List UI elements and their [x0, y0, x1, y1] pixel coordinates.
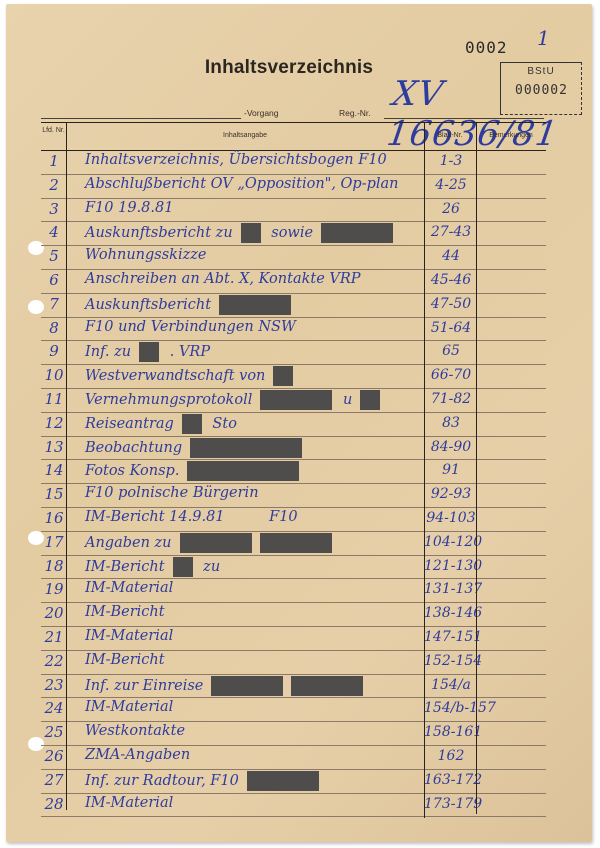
row-content: Reiseantrag Sto — [85, 414, 237, 434]
row-number: 9 — [43, 342, 65, 360]
row-content: Wohnungsskizze — [85, 247, 206, 263]
redaction-block — [182, 414, 202, 434]
row-number: 15 — [43, 485, 65, 503]
redaction-block — [291, 676, 363, 696]
row-text: Inf. zur Einreise — [85, 678, 203, 694]
row-content: F10 19.8.81 — [85, 200, 173, 216]
row-text-suffix: . VRP — [165, 344, 210, 360]
row-number: 28 — [43, 795, 65, 813]
redaction-block — [273, 366, 293, 386]
table-row: 12Reiseantrag Sto83 — [41, 412, 546, 437]
row-text: F10 polnische Bürgerin — [85, 485, 259, 501]
redaction-block — [187, 461, 299, 481]
redaction-block — [180, 533, 252, 553]
row-sheet-range: 66-70 — [424, 367, 478, 383]
table-row: 8F10 und Verbindungen NSW51-64 — [41, 317, 546, 342]
row-sheet-range: 26 — [424, 201, 478, 217]
row-number: 21 — [43, 628, 65, 646]
row-text: Auskunftsbericht zu — [85, 225, 233, 241]
row-content: F10 und Verbindungen NSW — [85, 319, 296, 335]
handwritten-sheet-number: 1 — [537, 26, 550, 50]
table-row: 25Westkontakte158-161 — [41, 721, 546, 746]
row-number: 17 — [43, 533, 65, 551]
row-sheet-range: 163-172 — [424, 772, 478, 788]
row-number: 12 — [43, 414, 65, 432]
row-text: Westverwandtschaft von — [85, 368, 265, 384]
row-text-suffix: sowie — [267, 225, 313, 241]
table-row: 23Inf. zur Einreise154/a — [41, 674, 546, 699]
row-sheet-range: 47-50 — [424, 296, 478, 312]
row-number: 16 — [43, 509, 65, 527]
row-text: Reiseantrag — [85, 416, 174, 432]
row-content: Fotos Konsp. — [85, 461, 299, 481]
table-row: 10Westverwandtschaft von66-70 — [41, 364, 546, 389]
row-content: Auskunftsbericht zu sowie — [85, 223, 393, 243]
row-content: IM-Bericht 14.9.81 F10 — [85, 509, 298, 525]
table-row: 17Angaben zu104-120 — [41, 531, 546, 556]
row-number: 19 — [43, 580, 65, 598]
table-row: 11Vernehmungsprotokoll u71-82 — [41, 388, 546, 413]
row-sheet-range: 71-82 — [424, 391, 478, 407]
table-row: 19IM-Material131-137 — [41, 578, 546, 603]
row-number: 24 — [43, 699, 65, 717]
row-content: Auskunftsbericht — [85, 295, 291, 315]
row-text: Inf. zu — [85, 344, 131, 360]
row-text-suffix: Sto — [208, 416, 237, 432]
redaction-block — [211, 676, 283, 696]
header-content: Inhaltsangabe — [66, 132, 424, 139]
row-sheet-range: 152-154 — [424, 653, 478, 669]
table-row: 27Inf. zur Radtour, F10163-172 — [41, 769, 546, 794]
row-sheet-range: 65 — [424, 343, 478, 359]
row-content: Vernehmungsprotokoll u — [85, 390, 380, 410]
row-number: 25 — [43, 723, 65, 741]
redaction-block — [241, 223, 261, 243]
row-content: Beobachtung — [85, 438, 302, 458]
table-row: 9Inf. zu . VRP65 — [41, 340, 546, 365]
table-row: 5Wohnungsskizze44 — [41, 245, 546, 270]
redaction-block — [139, 342, 159, 362]
row-content: IM-Bericht zu — [85, 557, 220, 577]
column-divider — [424, 122, 425, 818]
row-sheet-range: 147-151 — [424, 629, 478, 645]
row-content: IM-Material — [85, 628, 173, 644]
row-number: 14 — [43, 461, 65, 479]
row-sheet-range: 173-179 — [424, 796, 478, 812]
redaction-block — [260, 390, 332, 410]
table-row: 7Auskunftsbericht47-50 — [41, 293, 546, 318]
row-number: 5 — [43, 247, 65, 265]
row-text: IM-Bericht — [85, 559, 165, 575]
row-content: Westkontakte — [85, 723, 185, 739]
table-row: 24IM-Material154/b-157 — [41, 697, 546, 722]
row-text: IM-Bericht — [85, 652, 165, 668]
table-row: 3F10 19.8.8126 — [41, 198, 546, 223]
row-sheet-range: 1-3 — [424, 153, 478, 169]
row-number: 2 — [43, 176, 65, 194]
row-number: 26 — [43, 747, 65, 765]
header-remarks: Bemerkungen — [476, 132, 546, 139]
page-title-text: Inhaltsverzeichnis — [205, 57, 373, 78]
row-content: Westverwandtschaft von — [85, 366, 293, 386]
row-number: 13 — [43, 438, 65, 456]
table-row: 14Fotos Konsp.91 — [41, 459, 546, 484]
row-content: Abschlußbericht OV „Opposition", Op-plan — [85, 176, 399, 192]
row-sheet-range: 91 — [424, 462, 478, 478]
table-row: 4Auskunftsbericht zu sowie27-43 — [41, 221, 546, 246]
row-sheet-range: 83 — [424, 415, 478, 431]
row-sheet-range: 4-25 — [424, 177, 478, 193]
row-sheet-range: 27-43 — [424, 224, 478, 240]
row-sheet-range: 138-146 — [424, 605, 478, 621]
vorgang-label: -Vorgang — [244, 108, 279, 118]
table-row: 2Abschlußbericht OV „Opposition", Op-pla… — [41, 174, 546, 199]
row-text: F10 19.8.81 — [85, 200, 173, 216]
row-text: Auskunftsbericht — [85, 297, 211, 313]
header-nr: Lfd. Nr. — [41, 127, 66, 135]
row-number: 3 — [43, 200, 65, 218]
table-row: 1Inhaltsverzeichnis, Übersichtsbogen F10… — [41, 150, 546, 175]
table-row: 18IM-Bericht zu121-130 — [41, 555, 546, 580]
row-content: IM-Material — [85, 699, 173, 715]
row-content: IM-Bericht — [85, 604, 165, 620]
row-text: Inhaltsverzeichnis, Übersichtsbogen F10 — [85, 152, 387, 168]
table-row: 26ZMA-Angaben162 — [41, 745, 546, 770]
table-row: 16IM-Bericht 14.9.81 F1094-103 — [41, 507, 546, 532]
redaction-block — [360, 390, 380, 410]
row-sheet-range: 131-137 — [424, 581, 478, 597]
table-row: 20IM-Bericht138-146 — [41, 602, 546, 627]
row-sheet-range: 45-46 — [424, 272, 478, 288]
row-text: IM-Material — [85, 795, 173, 811]
row-content: Inf. zur Radtour, F10 — [85, 771, 319, 791]
table-row: 13Beobachtung84-90 — [41, 436, 546, 461]
row-number: 11 — [43, 390, 65, 408]
row-text-suffix: F10 — [265, 509, 298, 525]
row-text: IM-Bericht 14.9.81 — [85, 509, 225, 525]
row-sheet-range: 154/b-157 — [424, 700, 478, 716]
row-sheet-range: 92-93 — [424, 486, 478, 502]
row-text: Vernehmungsprotokoll — [85, 392, 252, 408]
row-text: IM-Bericht — [85, 604, 165, 620]
redaction-block — [321, 223, 393, 243]
row-sheet-range: 44 — [424, 248, 478, 264]
row-content: IM-Material — [85, 795, 173, 811]
row-number: 27 — [43, 771, 65, 789]
row-content: IM-Bericht — [85, 652, 165, 668]
column-divider — [476, 122, 477, 814]
row-text: Abschlußbericht OV „Opposition", Op-plan — [85, 176, 399, 192]
table-row: 6Anschreiben an Abt. X, Kontakte VRP45-4… — [41, 269, 546, 294]
row-text: Wohnungsskizze — [85, 247, 206, 263]
column-divider — [66, 122, 67, 810]
row-content: Inhaltsverzeichnis, Übersichtsbogen F10 — [85, 152, 387, 168]
redaction-block — [173, 557, 193, 577]
table-row: 21IM-Material147-151 — [41, 626, 546, 651]
row-number: 18 — [43, 557, 65, 575]
row-content: ZMA-Angaben — [85, 747, 190, 763]
table-row: 22IM-Bericht152-154 — [41, 650, 546, 675]
row-number: 20 — [43, 604, 65, 622]
printed-page-number: 0002 — [465, 38, 508, 57]
row-number: 10 — [43, 366, 65, 384]
row-text: Anschreiben an Abt. X, Kontakte VRP — [85, 271, 361, 287]
row-number: 7 — [43, 295, 65, 313]
redaction-block — [219, 295, 291, 315]
table-row: 28IM-Material173-179 — [41, 793, 546, 818]
row-text: Fotos Konsp. — [85, 463, 179, 479]
row-text: F10 und Verbindungen NSW — [85, 319, 296, 335]
row-content: IM-Material — [85, 580, 173, 596]
row-sheet-range: 158-161 — [424, 724, 478, 740]
row-content: Anschreiben an Abt. X, Kontakte VRP — [85, 271, 361, 287]
row-text: IM-Material — [85, 628, 173, 644]
row-number: 1 — [43, 152, 65, 170]
row-number: 6 — [43, 271, 65, 289]
row-text-suffix: zu — [199, 559, 221, 575]
table-row: 15F10 polnische Bürgerin92-93 — [41, 483, 546, 508]
redaction-block — [247, 771, 319, 791]
row-sheet-range: 84-90 — [424, 439, 478, 455]
row-number: 8 — [43, 319, 65, 337]
vorgang-line — [41, 118, 241, 119]
row-sheet-range: 162 — [424, 748, 478, 764]
row-text: Inf. zur Radtour, F10 — [85, 773, 239, 789]
redaction-block — [260, 533, 332, 553]
row-sheet-range: 94-103 — [424, 510, 478, 526]
row-sheet-range: 121-130 — [424, 558, 478, 574]
row-content: Angaben zu — [85, 533, 332, 553]
reg-label: Reg.-Nr. — [339, 108, 371, 118]
row-sheet-range: 154/a — [424, 677, 478, 693]
document-page: 0002 1 Inhaltsverzeichnis BStU 000002 -V… — [6, 4, 592, 842]
row-content: Inf. zur Einreise — [85, 676, 363, 696]
row-content: Inf. zu . VRP — [85, 342, 210, 362]
row-content: F10 polnische Bürgerin — [85, 485, 259, 501]
row-number: 4 — [43, 223, 65, 241]
row-text-suffix: u — [338, 392, 352, 408]
row-text: Westkontakte — [85, 723, 185, 739]
table-header: Lfd. Nr. Inhaltsangabe Blatt-Nr. Bemerku… — [41, 122, 546, 151]
row-sheet-range: 51-64 — [424, 320, 478, 336]
row-text: IM-Material — [85, 699, 173, 715]
row-number: 22 — [43, 652, 65, 670]
row-number: 23 — [43, 676, 65, 694]
row-text: Angaben zu — [85, 535, 172, 551]
redaction-block — [190, 438, 302, 458]
row-text: IM-Material — [85, 580, 173, 596]
row-text: Beobachtung — [85, 440, 182, 456]
row-sheet-range: 104-120 — [424, 534, 478, 550]
header-blatt: Blatt-Nr. — [424, 132, 476, 139]
row-text: ZMA-Angaben — [85, 747, 190, 763]
